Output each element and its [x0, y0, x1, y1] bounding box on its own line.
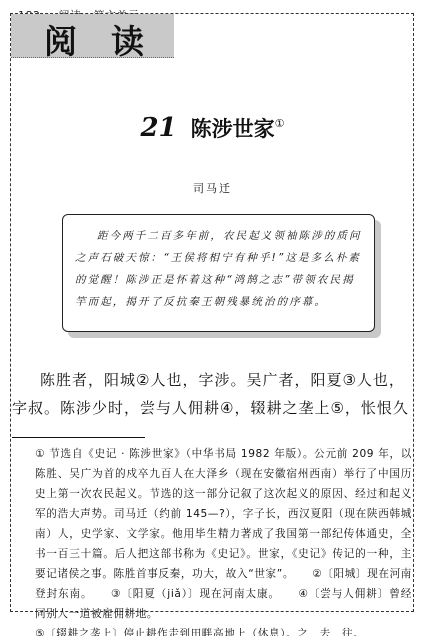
section-banner-reading: 阅 读 [11, 14, 174, 58]
lesson-name-text: 陈涉世家 [191, 117, 275, 141]
author: 司马迁 [0, 180, 425, 196]
footnotes: ① 节选自《史记 · 陈涉世家》（中华书局 1982 年版）。公元前 209 年… [35, 444, 412, 636]
lesson-name: 陈涉世家① [191, 117, 285, 141]
lesson-title: 21陈涉世家① [0, 113, 425, 143]
footnote-mark: ① [275, 117, 285, 130]
banner-char-2: 读 [111, 16, 144, 63]
footnote-3: ③〔阳夏（jiǎ）〕现在河南太康。 [111, 588, 281, 600]
body-paragraph: 陈胜者，阳城②人也，字涉。吴广者，阳夏③人也，字叔。陈涉少时，尝与人佣耕④，辍耕… [12, 366, 412, 422]
lesson-number: 21 [140, 113, 176, 143]
footnote-1-text: ① 节选自《史记 · 陈涉世家》（中华书局 1982 年版）。公元前 209 年… [35, 448, 412, 580]
intro-box: 距今两千二百多年前，农民起义领袖陈涉的质问之声石破天惊：“王侯将相宁有种乎!”这… [62, 214, 375, 332]
footnote-divider [12, 437, 145, 438]
banner-char-1: 阅 [44, 16, 77, 63]
footnote-1: ① 节选自《史记 · 陈涉世家》（中华书局 1982 年版）。公元前 209 年… [35, 444, 412, 624]
footnote-5: ⑤〔辍耕之垄上〕停止耕作走到田畔高地上（休息）。之，去，往。 [35, 624, 412, 636]
